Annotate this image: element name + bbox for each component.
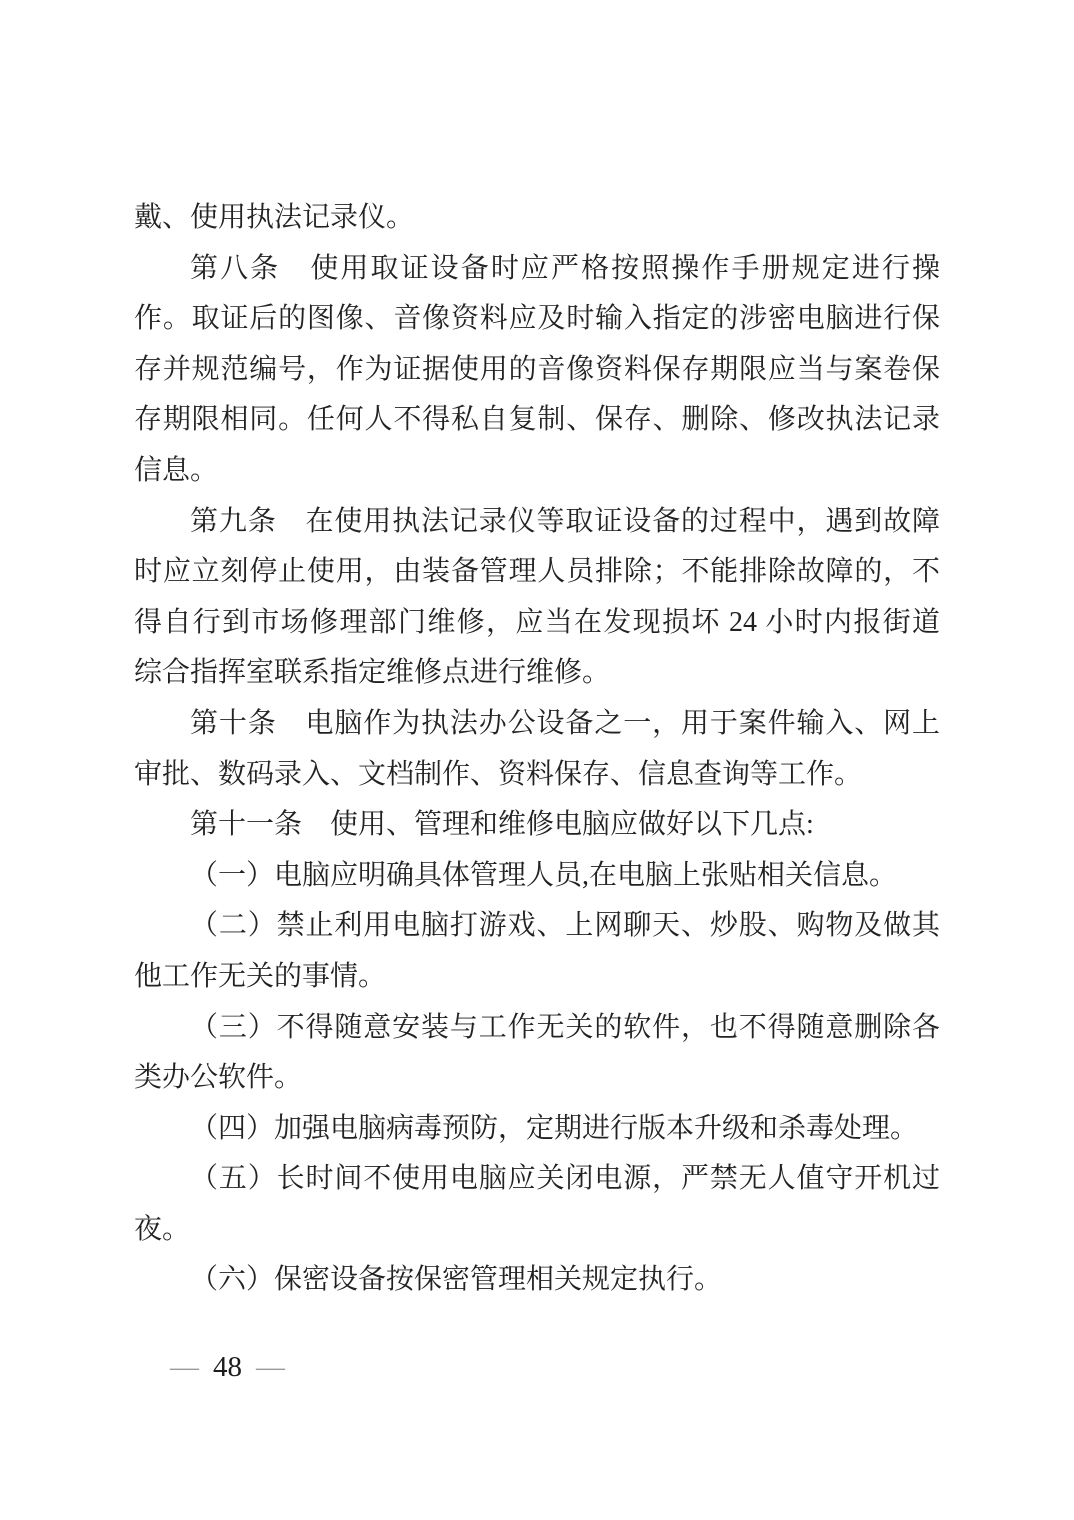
paragraph-item-6: （六）保密设备按保密管理相关规定执行。 — [134, 1255, 940, 1306]
footer-dash-left: — — [170, 1346, 199, 1388]
text-line: 信息。 — [134, 446, 940, 497]
footer-dash-right: — — [256, 1346, 285, 1388]
text-line: 第八条 使用取证设备时应严格按照操作手册规定进行操 — [134, 244, 940, 295]
text-line: 夜。 — [134, 1205, 940, 1256]
text-line: 时应立刻停止使用，由装备管理人员排除；不能排除故障的，不 — [134, 547, 940, 598]
paragraph-item-3: （三）不得随意安装与工作无关的软件，也不得随意删除各 类办公软件。 — [134, 1003, 940, 1104]
text-line: 综合指挥室联系指定维修点进行维修。 — [134, 648, 940, 699]
paragraph-article-10: 第十条 电脑作为执法办公设备之一，用于案件输入、网上 审批、数码录入、文档制作、… — [134, 699, 940, 800]
text-line: 存并规范编号，作为证据使用的音像资料保存期限应当与案卷保 — [134, 345, 940, 396]
text-line: 他工作无关的事情。 — [134, 952, 940, 1003]
text-line: 得自行到市场修理部门维修，应当在发现损坏 24 小时内报街道 — [134, 598, 940, 649]
page-number: 48 — [213, 1346, 242, 1388]
text-line: 作。取证后的图像、音像资料应及时输入指定的涉密电脑进行保 — [134, 294, 940, 345]
text-line: （一）电脑应明确具体管理人员,在电脑上张贴相关信息。 — [134, 851, 940, 902]
paragraph-item-4: （四）加强电脑病毒预防，定期进行版本升级和杀毒处理。 — [134, 1104, 940, 1155]
document-body: 戴、使用执法记录仪。 第八条 使用取证设备时应严格按照操作手册规定进行操 作。取… — [134, 193, 940, 1306]
text-line: 第十条 电脑作为执法办公设备之一，用于案件输入、网上 — [134, 699, 940, 750]
text-line: （六）保密设备按保密管理相关规定执行。 — [134, 1255, 940, 1306]
page-footer: — 48 — — [170, 1346, 285, 1388]
text-line: 存期限相同。任何人不得私自复制、保存、删除、修改执法记录 — [134, 395, 940, 446]
text-line: 戴、使用执法记录仪。 — [134, 193, 940, 244]
paragraph-article-8: 第八条 使用取证设备时应严格按照操作手册规定进行操 作。取证后的图像、音像资料应… — [134, 244, 940, 497]
text-line: （三）不得随意安装与工作无关的软件，也不得随意删除各 — [134, 1003, 940, 1054]
paragraph-item-1: （一）电脑应明确具体管理人员,在电脑上张贴相关信息。 — [134, 851, 940, 902]
text-line: （五）长时间不使用电脑应关闭电源，严禁无人值守开机过 — [134, 1154, 940, 1205]
paragraph-item-5: （五）长时间不使用电脑应关闭电源，严禁无人值守开机过 夜。 — [134, 1154, 940, 1255]
text-line: （二）禁止利用电脑打游戏、上网聊天、炒股、购物及做其 — [134, 901, 940, 952]
paragraph-item-2: （二）禁止利用电脑打游戏、上网聊天、炒股、购物及做其 他工作无关的事情。 — [134, 901, 940, 1002]
paragraph-article-9: 第九条 在使用执法记录仪等取证设备的过程中，遇到故障 时应立刻停止使用，由装备管… — [134, 497, 940, 699]
paragraph-article-11: 第十一条 使用、管理和维修电脑应做好以下几点: — [134, 800, 940, 851]
text-line: 第九条 在使用执法记录仪等取证设备的过程中，遇到故障 — [134, 497, 940, 548]
paragraph: 戴、使用执法记录仪。 — [134, 193, 940, 244]
text-line: （四）加强电脑病毒预防，定期进行版本升级和杀毒处理。 — [134, 1104, 940, 1155]
document-page: 戴、使用执法记录仪。 第八条 使用取证设备时应严格按照操作手册规定进行操 作。取… — [0, 0, 1074, 1520]
text-line: 类办公软件。 — [134, 1053, 940, 1104]
text-line: 审批、数码录入、文档制作、资料保存、信息查询等工作。 — [134, 750, 940, 801]
text-line: 第十一条 使用、管理和维修电脑应做好以下几点: — [134, 800, 940, 851]
